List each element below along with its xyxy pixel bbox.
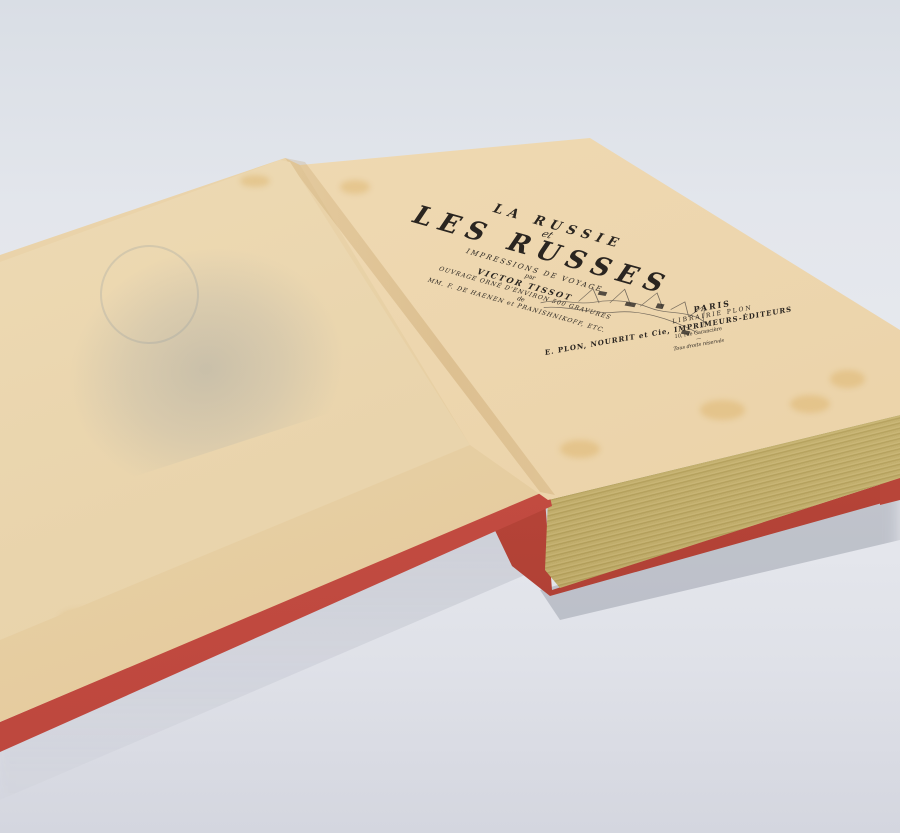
frontispiece-portrait [36,212,364,489]
book-photo: LA RUSSIE et LES RUSSES IMPRESSIONS DE V… [0,0,900,833]
foxing-stain [830,370,865,388]
foxing-stain [790,395,830,413]
foxing-stain [700,400,745,420]
foxing-stain [240,175,270,187]
foxing-stain [560,440,600,458]
foxing-stain [690,150,720,162]
